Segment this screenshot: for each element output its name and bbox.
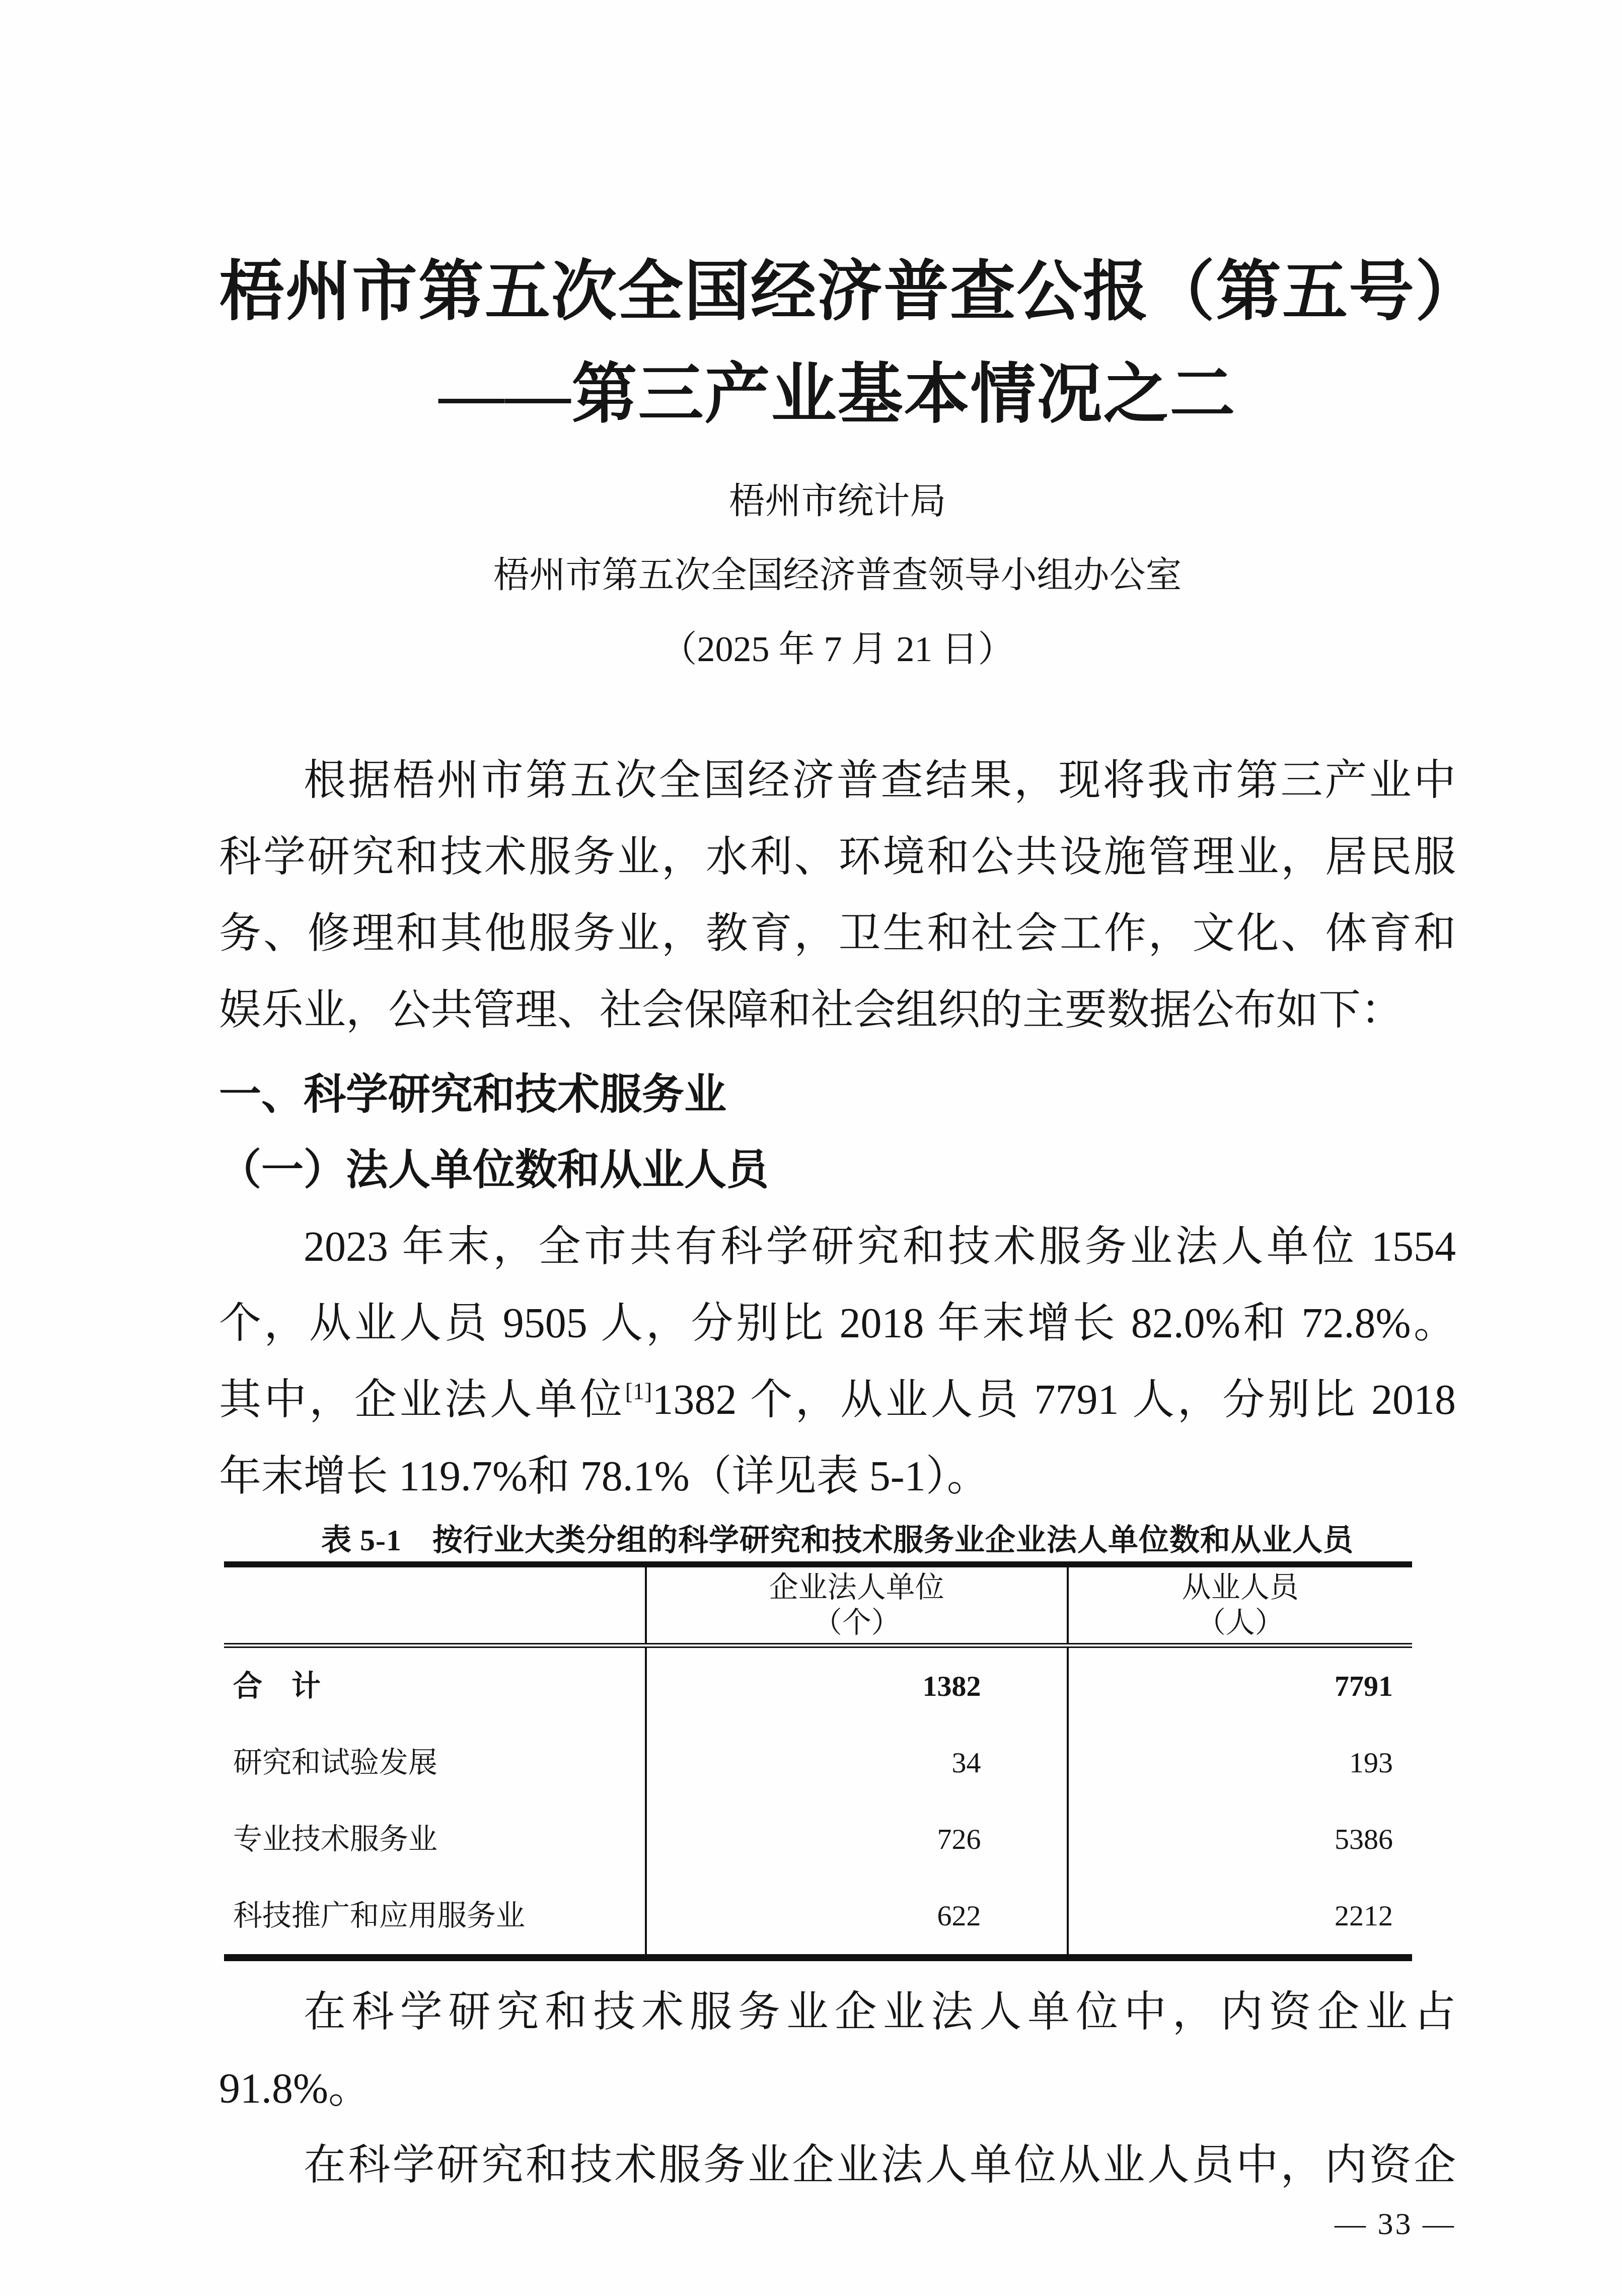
paragraph-3-line-1: 在科学研究和技术服务业企业法人单位中，内资企业占 — [219, 1974, 1456, 2051]
document-page: 梧州市第五次全国经济普查公报（第五号） ——第三产业基本情况之二 梧州市统计局 … — [0, 0, 1622, 2296]
paragraph-1-line-4: 娱乐业，公共管理、社会保障和社会组织的主要数据公布如下： — [219, 972, 1456, 1049]
table-header-empty — [224, 1564, 646, 1645]
paragraph-2-line-3-post: 1382 个，从业人员 7791 人，分别比 2018 — [652, 1377, 1456, 1423]
section-heading: 一、科学研究和技术服务业 — [219, 1056, 1456, 1132]
paragraph-3-line-2: 91.8%。 — [219, 2051, 1456, 2127]
row-label: 研究和试验发展 — [224, 1725, 646, 1801]
issuing-agency: 梧州市统计局 — [219, 464, 1456, 538]
table-header-staff-unit: （人） — [1069, 1605, 1412, 1640]
row-units-value: 1382 — [646, 1645, 1068, 1725]
document-body: 根据梧州市第五次全国经济普查结果，现将我市第三产业中 科学研究和技术服务业，水利… — [219, 743, 1456, 2244]
paragraph-2-line-2: 个，从业人员 9505 人，分别比 2018 年末增长 82.0%和 72.8%… — [219, 1285, 1456, 1362]
paragraph-1-line-3: 务、修理和其他服务业，教育，卫生和社会工作，文化、体育和 — [219, 896, 1456, 972]
page-number: — 33 — — [219, 2204, 1456, 2244]
row-staff-value: 5386 — [1068, 1801, 1412, 1878]
row-label: 科技推广和应用服务业 — [224, 1878, 646, 1958]
table-row-total: 合 计 1382 7791 — [224, 1645, 1412, 1725]
row-units-value: 34 — [646, 1725, 1068, 1801]
table-header-units-name: 企业法人单位 — [647, 1570, 1067, 1605]
table-header-staff: 从业人员 （人） — [1068, 1564, 1412, 1645]
paragraph-2-line-3: 其中，企业法人单位[1]1382 个，从业人员 7791 人，分别比 2018 — [219, 1362, 1456, 1439]
table-row: 研究和试验发展 34 193 — [224, 1725, 1412, 1801]
row-units-value: 622 — [646, 1878, 1068, 1958]
paragraph-2-line-3-pre: 其中，企业法人单位 — [219, 1377, 625, 1423]
row-staff-value: 2212 — [1068, 1878, 1412, 1958]
table-header-staff-name: 从业人员 — [1069, 1570, 1412, 1605]
row-label: 专业技术服务业 — [224, 1801, 646, 1878]
table-row: 专业技术服务业 726 5386 — [224, 1801, 1412, 1878]
title-line-2: ——第三产业基本情况之二 — [219, 343, 1456, 446]
row-label: 合 计 — [224, 1645, 646, 1725]
table-5-1: 企业法人单位 （个） 从业人员 （人） 合 计 1382 7791 — [224, 1561, 1412, 1961]
row-units-value: 726 — [646, 1801, 1068, 1878]
issue-date: （2025 年 7 月 21 日） — [219, 612, 1456, 686]
paragraph-2-line-1: 2023 年末，全市共有科学研究和技术服务业法人单位 1554 — [219, 1209, 1456, 1285]
table-row: 科技推广和应用服务业 622 2212 — [224, 1878, 1412, 1958]
issuing-office: 梧州市第五次全国经济普查领导小组办公室 — [219, 538, 1456, 612]
table-header-row: 企业法人单位 （个） 从业人员 （人） — [224, 1564, 1412, 1645]
row-staff-value: 7791 — [1068, 1645, 1412, 1725]
table-header-units-unit: （个） — [647, 1605, 1067, 1640]
row-staff-value: 193 — [1068, 1725, 1412, 1801]
paragraph-2-line-4: 年末增长 119.7%和 78.1%（详见表 5-1）。 — [219, 1439, 1456, 1515]
table-header-units: 企业法人单位 （个） — [646, 1564, 1068, 1645]
footnote-marker: [1] — [625, 1379, 652, 1404]
table-caption: 表 5-1 按行业大类分组的科学研究和技术服务业企业法人单位数和从业人员 — [219, 1519, 1456, 1561]
paragraph-1-line-2: 科学研究和技术服务业，水利、环境和公共设施管理业，居民服 — [219, 819, 1456, 896]
paragraph-1-line-1: 根据梧州市第五次全国经济普查结果，现将我市第三产业中 — [219, 743, 1456, 819]
document-title: 梧州市第五次全国经济普查公报（第五号） ——第三产业基本情况之二 — [219, 0, 1456, 446]
paragraph-4-line-1: 在科学研究和技术服务业企业法人单位从业人员中，内资企 — [219, 2127, 1456, 2204]
title-line-1: 梧州市第五次全国经济普查公报（第五号） — [219, 241, 1456, 343]
byline: 梧州市统计局 梧州市第五次全国经济普查领导小组办公室 （2025 年 7 月 2… — [219, 464, 1456, 686]
subsection-heading: （一）法人单位数和从业人员 — [219, 1132, 1456, 1209]
